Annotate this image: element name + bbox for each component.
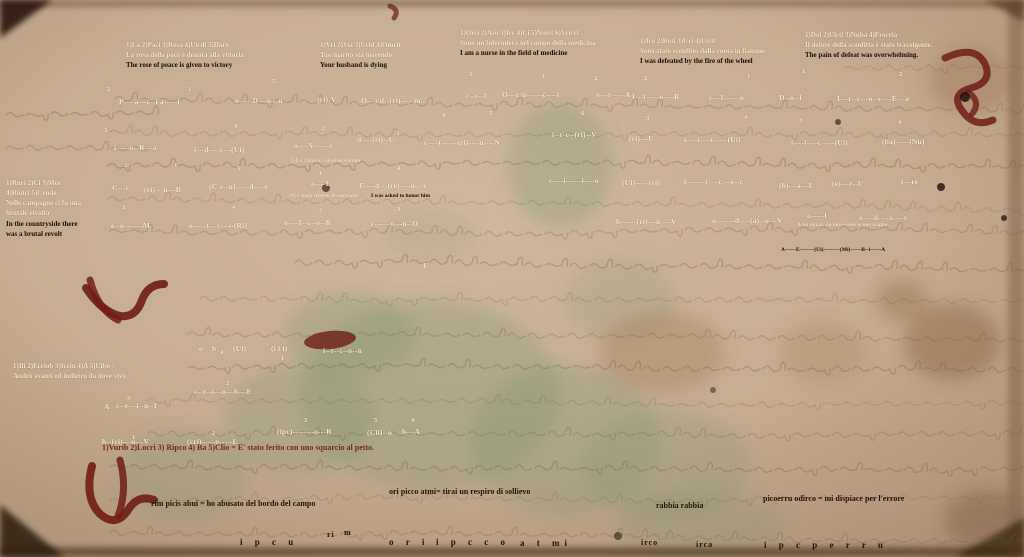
- word-order-number: 3: [799, 117, 802, 124]
- word-order-number: 4: [744, 114, 747, 121]
- word-order-number: 5: [272, 78, 275, 85]
- word-order-number: 3: [104, 127, 107, 134]
- translation-line: 1)Dol 2)Uicti 3)Nuba 4)Frocria: [805, 30, 932, 40]
- gloss-note: rabbia rabbia: [656, 501, 703, 510]
- letter-sequence: D--o--l: [779, 93, 802, 102]
- translation-line: La rosa della pace è donata alla vittori…: [126, 50, 244, 60]
- letter-sequence: (ipc)--------o---R: [277, 427, 332, 436]
- word-order-number: 2: [644, 75, 647, 82]
- word-order-number: 1: [174, 162, 177, 169]
- gloss-note-small: Mi è stato chiesto di onorarlo: [289, 193, 358, 199]
- letter-sequence: i-----o--R---a: [114, 143, 157, 152]
- letter-sequence: i--r--c--o--n: [323, 346, 362, 355]
- translation-line: brutale rivolta: [6, 208, 81, 218]
- letter-sequence: O---r/n------c----i: [502, 90, 559, 99]
- letter-sequence: (i l i): [271, 344, 287, 353]
- word-order-number: 3: [397, 206, 400, 213]
- letter-sequence: (Ui)-----(ri): [622, 178, 660, 187]
- translation-line: Sono un'infermiera nel campo della medic…: [460, 38, 596, 48]
- gloss-block-revolt: 1)Ruri 2)Ci 3)Moe4)Riotci 5)CrudeNelle c…: [6, 178, 81, 239]
- word-order-number: 2: [322, 125, 325, 132]
- transcribed-letters: m: [344, 528, 352, 537]
- translation-line: Tuo marito sta morendo: [320, 50, 401, 60]
- translation-line: 1)La 2)Paci 3)Rosa 4)Uicdi 5)Darò: [126, 40, 244, 50]
- transcribed-letters: irco: [641, 538, 658, 547]
- gloss-note-small: A mi mirai: da dove sono le meraviglie: [797, 222, 887, 228]
- translation-line: Andrò avanti ed indietro da dove vivo: [13, 371, 126, 381]
- letter-sequence: c--r--I: [466, 91, 487, 100]
- word-order-number: 1: [542, 73, 545, 80]
- translation-line: Il dolore della sconfitta è stato travol…: [805, 40, 932, 50]
- translation-line: 1)Ico 2)Roti 3)Uri 4)Uicti: [640, 36, 765, 46]
- word-order-number: 4: [397, 165, 400, 172]
- word-order-number: 2: [594, 75, 597, 82]
- word-order-number: 4: [442, 112, 445, 119]
- translation-line: was a brutal revolt: [6, 229, 81, 239]
- translation-line: 1)Ruri 2)Ci 3)Moe: [6, 178, 81, 188]
- word-order-number: 2: [124, 162, 127, 169]
- word-order-number: 3: [127, 395, 130, 402]
- gloss-translation-red: 1)Vurib 2)Locri 3) Ripco 4) Ba 5)Clio = …: [102, 443, 374, 452]
- letter-sequence: I---r--c---o--r----E---a: [837, 94, 909, 103]
- word-order-number: 3: [646, 115, 649, 122]
- letter-sequence: (Cli)--o: [367, 428, 392, 437]
- letter-sequence: (ri)---u---R: [144, 185, 181, 194]
- transcribed-letters: a t mi: [520, 538, 572, 548]
- letter-sequence: (e)---r--U: [832, 179, 863, 188]
- letter-sequence: (ri)---U: [629, 134, 654, 143]
- gloss-note: ori picco atmi= tirai un respiro di soll…: [389, 487, 530, 496]
- letter-sequence: o----V------i: [294, 141, 332, 150]
- word-order-number: 2: [107, 86, 110, 93]
- letter-sequence: I---t-----o----R: [632, 92, 680, 101]
- letter-sequence: i----t----c-----(Ui): [684, 135, 741, 144]
- translation-line: In the countryside there: [6, 219, 81, 229]
- gloss-block-live: 1)Ili 2)Ecriob 3)Icrin 4)A 5)Uibo =Andrò…: [13, 361, 126, 381]
- translation-line: 1)Ili 2)Ecriob 3)Icrin 4)A 5)Uibo =: [13, 361, 126, 371]
- transcribed-letters: ri: [327, 530, 335, 539]
- gloss-note: rim picis abui = ho abusato del bordo de…: [151, 499, 315, 508]
- annotation-overlay: 1)La 2)Paci 3)Rosa 4)Uicdi 5)DaròLa rosa…: [0, 0, 1024, 557]
- gloss-block-wheel: 1)Ico 2)Roti 3)Uri 4)UictiSono stato sco…: [640, 36, 765, 66]
- letter-sequence: E----d---(re)----u---v: [359, 181, 427, 190]
- voynich-manuscript-page: 1)La 2)Paci 3)Rosa 4)Uicdi 5)DaròLa rosa…: [0, 0, 1024, 557]
- letter-sequence: i---re: [901, 177, 918, 186]
- word-order-number: 1: [281, 355, 284, 362]
- word-order-number: 3: [304, 417, 307, 424]
- translation-line: Nelle campagne ci fu una: [6, 198, 81, 208]
- letter-sequence: (ri)-V: [317, 95, 337, 104]
- translation-line: The rose of peace is given to victory: [126, 60, 244, 70]
- letter-sequence: e--o-------M: [111, 221, 150, 230]
- word-order-number: 4: [411, 417, 414, 424]
- word-order-number: 2: [226, 380, 229, 387]
- letter-sequence: (ba)-----(Nu): [882, 137, 925, 146]
- translation-line: Your husband is dying: [320, 60, 401, 70]
- letter-sequence: d----(ri)--U: [357, 135, 394, 144]
- letter-sequence: i---d----c---(Ui): [194, 145, 244, 154]
- word-order-number: 2: [899, 71, 902, 78]
- word-order-number: 1: [802, 68, 805, 75]
- letter-sequence: c---I------o: [709, 93, 744, 102]
- letter-sequence: F: [423, 261, 428, 270]
- word-order-number: 2: [319, 207, 322, 214]
- word-order-number: 1: [747, 73, 750, 80]
- letter-sequence: (C-r--u)-----d----e: [209, 182, 268, 191]
- letter-sequence: o----d----a----v: [859, 213, 908, 222]
- word-order-number: 3: [396, 130, 399, 137]
- letter-sequence: r------o---n--O: [371, 219, 418, 228]
- word-order-number: 5: [374, 417, 377, 424]
- gloss-note-small-dark: A------E--------(Ui)---------(Mi)------B…: [781, 247, 885, 253]
- transcribed-letters: irca: [696, 540, 713, 549]
- word-order-number: 1: [188, 86, 191, 93]
- word-order-number: 4: [220, 349, 223, 356]
- letter-sequence: o-----t---c---i-(Ri): [189, 221, 247, 230]
- gloss-block-nurse: 1)Orci 2)Aro 3)Irc 4)Ci 5)Nurit 6)Vricri…: [460, 28, 596, 58]
- letter-sequence: c--r--i---o---b---E: [194, 387, 252, 396]
- word-order-number: 1: [319, 170, 322, 177]
- letter-sequence: o---r-----A: [596, 90, 630, 99]
- translation-line: 1)Orci 2)Aro 3)Irc 4)Ci 5)Nurit 6)Vricri: [460, 28, 596, 38]
- word-order-number: 4: [232, 204, 235, 211]
- letter-sequence: i-------t----c---o--c: [684, 177, 743, 186]
- gloss-note: picoerru odirco = mi dispiace per l'erro…: [763, 494, 904, 503]
- letter-sequence: (b)---a---L: [779, 181, 814, 190]
- letter-sequence: c--r---i--u--I: [116, 401, 157, 410]
- word-order-number: 3: [469, 71, 472, 78]
- letter-sequence: o-----D---a---n: [235, 96, 283, 105]
- word-order-number: 3: [122, 204, 125, 211]
- letter-sequence: P----a---c--i a-----i: [119, 97, 180, 106]
- translation-line: Sono stato sconfitto dalla ruota in fiam…: [640, 46, 765, 56]
- translation-line: 1)Vri 2)Voi 3)Urid 4)Omrit: [320, 40, 401, 50]
- letter-sequence: o: [199, 344, 203, 353]
- gloss-block-husband: 1)Vri 2)Voi 3)Urid 4)OmritTuo marito sta…: [320, 40, 401, 70]
- word-order-number: 4: [234, 123, 237, 130]
- transcribed-letters: i p c p e r r u: [764, 540, 888, 550]
- word-order-number: 4: [898, 119, 901, 126]
- gloss-block-defeat: 1)Dol 2)Uicti 3)Nuba 4)FrocriaIl dolore …: [805, 30, 932, 60]
- translation-line: I was defeated by the fire of the wheel: [640, 56, 765, 66]
- letter-sequence: i--r-c--(ri)--V: [552, 130, 597, 139]
- word-order-number: 1: [132, 434, 135, 441]
- letter-sequence: o-------d----(a)--u---V: [712, 216, 783, 225]
- word-order-number: 2: [212, 430, 215, 437]
- letter-sequence: b---A: [402, 427, 420, 436]
- word-order-number: 6: [581, 110, 584, 117]
- translation-line: I am a nurse in the field of medicine: [460, 48, 596, 58]
- letter-sequence: o----I--c--o--R: [284, 218, 331, 227]
- letter-sequence: (Ui): [233, 344, 246, 353]
- transcribed-letters: i p c u: [240, 537, 298, 547]
- letter-sequence: o-----l: [807, 211, 827, 220]
- transcribed-letters: o r i: [389, 537, 429, 547]
- letter-sequence: A: [104, 402, 110, 411]
- letter-sequence: O---i/d--(ri)-----m: [361, 96, 421, 105]
- letter-sequence: i----t----c-----(Ui): [791, 138, 848, 147]
- letter-sequence: C---i: [112, 183, 128, 192]
- gloss-note-small: 1)Lo 2)Rocto 3)Isured 4)Onor: [291, 158, 361, 164]
- letter-sequence: b------(ri)---u----V: [616, 217, 677, 226]
- word-order-number: 5: [237, 165, 240, 172]
- gloss-block-rose: 1)La 2)Paci 3)Rosa 4)Uicdi 5)DaròLa rosa…: [126, 40, 244, 70]
- letter-sequence: o----L: [311, 179, 331, 188]
- gloss-note-small-dark: I was asked to honor him: [371, 193, 430, 199]
- translation-line: The pain of defeat was overwhelming.: [805, 50, 932, 60]
- transcribed-letters: i p c c o: [436, 537, 510, 547]
- letter-sequence: b: [212, 344, 216, 353]
- word-order-number: 5: [489, 110, 492, 117]
- letter-sequence: c----i------i----o: [549, 176, 599, 185]
- translation-line: 4)Riotci 5)Crude: [6, 188, 81, 198]
- letter-sequence: c----t------(ri)----u----N: [424, 138, 500, 147]
